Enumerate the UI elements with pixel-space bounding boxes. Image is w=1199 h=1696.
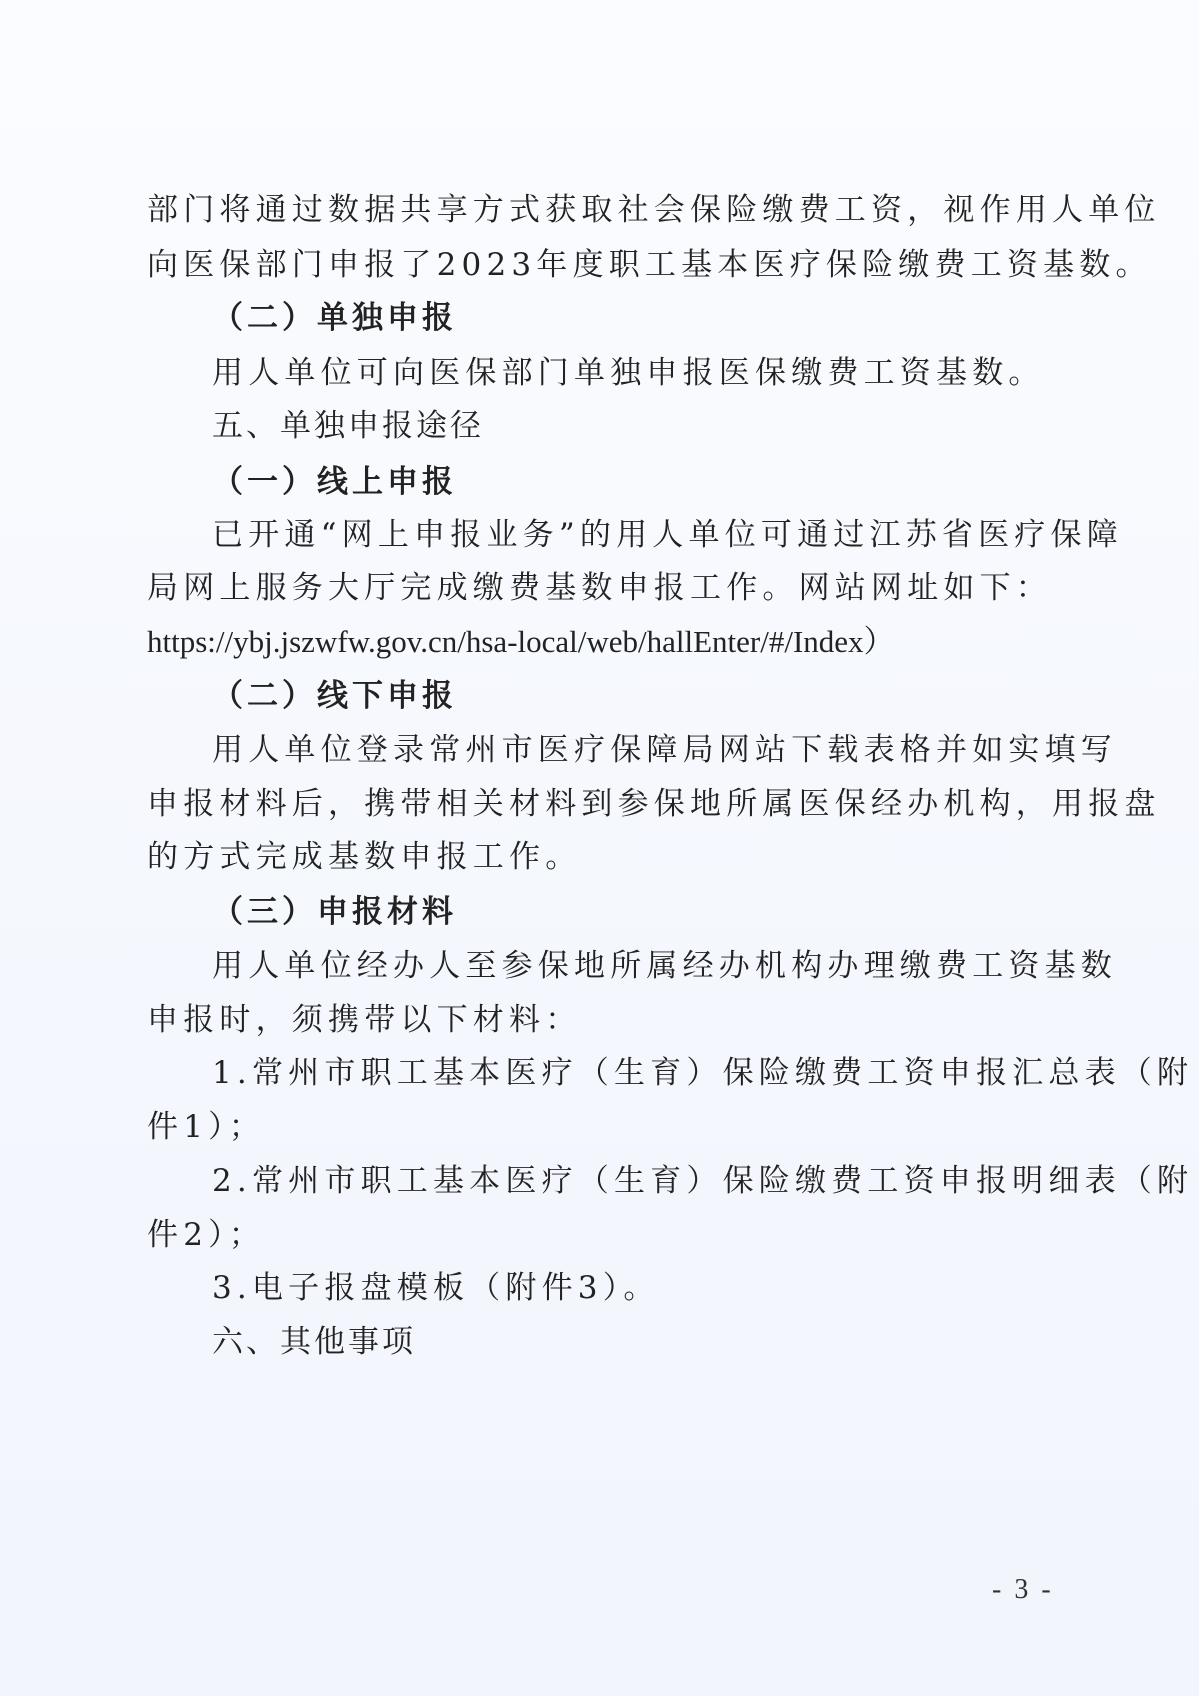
materials-list-item-1-cont: 件1）； <box>147 1107 1047 1147</box>
body-line: 向医保部门申报了2023年度职工基本医疗保险缴费工资基数。 <box>147 245 1047 285</box>
materials-list-item-2-cont: 件2）； <box>147 1215 1047 1255</box>
body-line: 已开通“网上申报业务”的用人单位可通过江苏省医疗保障 <box>212 515 1112 555</box>
website-url: https://ybj.jszwfw.gov.cn/hsa-local/web/… <box>147 622 1047 662</box>
body-line: 的方式完成基数申报工作。 <box>147 837 1047 877</box>
page-number: - 3 - <box>992 1574 1054 1606</box>
sub-heading-individual-declaration: （二）单独申报 <box>212 298 1112 338</box>
body-line: 申报时，须携带以下材料： <box>147 1000 1047 1040</box>
body-line: 用人单位经办人至参保地所属经办机构办理缴费工资基数 <box>212 946 1112 986</box>
body-line: 用人单位可向医保部门单独申报医保缴费工资基数。 <box>212 353 1112 393</box>
body-line: 申报材料后，携带相关材料到参保地所属医保经办机构，用报盘 <box>147 784 1047 824</box>
sub-heading-offline-declaration: （二）线下申报 <box>212 676 1112 716</box>
materials-list-item-1: 1.常州市职工基本医疗（生育）保险缴费工资申报汇总表（附 <box>212 1053 1112 1093</box>
sub-heading-declaration-materials: （三）申报材料 <box>212 892 1112 932</box>
body-line: 用人单位登录常州市医疗保障局网站下载表格并如实填写 <box>212 730 1112 770</box>
section-heading-other-matters: 六、其他事项 <box>212 1322 1112 1362</box>
sub-heading-online-declaration: （一）线上申报 <box>212 462 1112 502</box>
materials-list-item-2: 2.常州市职工基本医疗（生育）保险缴费工资申报明细表（附 <box>212 1161 1112 1201</box>
body-line: 局网上服务大厅完成缴费基数申报工作。网站网址如下： <box>147 568 1047 608</box>
body-line: 部门将通过数据共享方式获取社会保险缴费工资，视作用人单位 <box>147 190 1047 230</box>
section-heading-declaration-channels: 五、单独申报途径 <box>212 406 1112 446</box>
document-page: 部门将通过数据共享方式获取社会保险缴费工资，视作用人单位 向医保部门申报了202… <box>0 0 1199 1696</box>
materials-list-item-3: 3.电子报盘模板（附件3）。 <box>212 1268 1112 1308</box>
